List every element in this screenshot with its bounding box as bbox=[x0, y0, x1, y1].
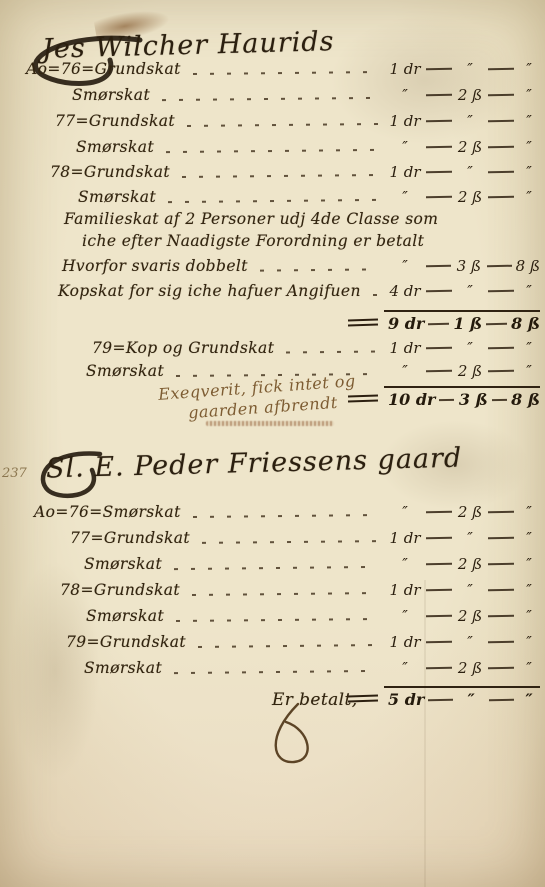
amount-dash bbox=[488, 511, 514, 514]
amount-value: ″ bbox=[518, 503, 540, 521]
amount-dash bbox=[426, 120, 452, 123]
sum-rule bbox=[384, 686, 540, 688]
ledger-row: 79=Kop og Grundskat1 dr″″ bbox=[0, 339, 545, 363]
ledger-row: Familieskat af 2 Personer udj 4de Classe… bbox=[0, 210, 545, 234]
leader-dots bbox=[174, 566, 378, 570]
ledger-row: Smørskat″2 ß″ bbox=[0, 607, 545, 631]
amount-value: ″ bbox=[518, 633, 540, 651]
amount-dash bbox=[426, 196, 452, 199]
amount-group: ″2 ß″ bbox=[388, 188, 540, 206]
row-label: 78=Grundskat bbox=[50, 163, 170, 181]
amount-dash bbox=[488, 667, 514, 670]
row-label: Ao=76=Grundskat bbox=[26, 60, 181, 78]
amount-value: 5 dr bbox=[388, 690, 424, 709]
amount-dash bbox=[487, 265, 512, 268]
amount-value: 4 dr bbox=[388, 282, 422, 300]
dash-stroke bbox=[348, 694, 378, 697]
amount-value: ″ bbox=[518, 138, 540, 156]
amount-dash bbox=[426, 94, 452, 97]
amount-group: ″2 ß″ bbox=[388, 607, 540, 625]
ledger-row: 78=Grundskat1 dr″″ bbox=[0, 163, 545, 187]
amount-dash bbox=[488, 537, 514, 540]
leader-dots bbox=[162, 97, 378, 101]
amount-value: 8 ß bbox=[511, 314, 540, 333]
row-label: Smørskat bbox=[86, 362, 164, 380]
ledger-row: Ao=76=Grundskat1 dr″″ bbox=[0, 60, 545, 84]
amount-value: 2 ß bbox=[456, 555, 484, 573]
amount-dash bbox=[488, 347, 514, 350]
amount-group: 5 dr″″ bbox=[388, 690, 540, 709]
amount-dash bbox=[488, 120, 514, 123]
amount-value: 2 ß bbox=[456, 188, 484, 206]
amount-value: 1 dr bbox=[388, 60, 422, 78]
amount-value: 2 ß bbox=[456, 659, 484, 677]
amount-dash bbox=[488, 146, 514, 149]
row-label: 78=Grundskat bbox=[60, 581, 180, 599]
amount-group: 1 dr″″ bbox=[388, 163, 540, 181]
ledger-row: 77=Grundskat1 dr″″ bbox=[0, 112, 545, 136]
row-label: Smørskat bbox=[86, 607, 164, 625]
amount-value: ″ bbox=[518, 163, 540, 181]
amount-dash bbox=[426, 511, 452, 514]
row-label: Smørskat bbox=[76, 138, 154, 156]
amount-value: 1 dr bbox=[388, 112, 422, 130]
ledger-row: Smørskat″2 ß″ bbox=[0, 86, 545, 110]
amount-value: ″ bbox=[518, 581, 540, 599]
amount-group: 1 dr″″ bbox=[388, 112, 540, 130]
leader-dots bbox=[286, 351, 378, 354]
amount-dash bbox=[426, 290, 452, 293]
amount-value: 8 ß bbox=[516, 257, 540, 275]
leader-dots bbox=[260, 268, 378, 271]
amount-dash bbox=[426, 615, 452, 618]
amount-group: 9 dr1 ß8 ß bbox=[388, 314, 540, 333]
leader-dots bbox=[193, 71, 378, 75]
amount-dash bbox=[426, 347, 452, 350]
leader-dots bbox=[193, 514, 378, 518]
archive-stamp bbox=[206, 421, 334, 426]
amount-value: ″ bbox=[518, 282, 540, 300]
amount-dash bbox=[426, 171, 452, 174]
leader-dots bbox=[166, 149, 378, 153]
amount-value: ″ bbox=[456, 282, 484, 300]
folio-number: 237 bbox=[2, 466, 27, 481]
amount-value: ″ bbox=[456, 60, 484, 78]
amount-dash bbox=[489, 698, 514, 701]
ledger-row: 77=Grundskat1 dr″″ bbox=[0, 529, 545, 553]
amount-value: ″ bbox=[518, 60, 540, 78]
amount-value: ″ bbox=[388, 607, 422, 625]
amount-group: ″2 ß″ bbox=[388, 362, 540, 380]
amount-group: 10 dr3 ß8 ß bbox=[388, 390, 540, 409]
amount-group: 1 dr″″ bbox=[388, 633, 540, 651]
leader-dots bbox=[373, 294, 378, 296]
row-label: Smørskat bbox=[84, 555, 162, 573]
amount-group: ″2 ß″ bbox=[388, 503, 540, 521]
amount-value: ″ bbox=[388, 257, 422, 275]
ledger-row: 79=Grundskat1 dr″″ bbox=[0, 633, 545, 657]
amount-value: ″ bbox=[518, 659, 540, 677]
double-dash-mark bbox=[348, 395, 378, 406]
amount-dash bbox=[426, 537, 452, 540]
amount-value: ″ bbox=[456, 339, 484, 357]
amount-value: ″ bbox=[456, 633, 484, 651]
amount-dash bbox=[426, 146, 452, 149]
amount-value: 2 ß bbox=[456, 503, 484, 521]
amount-value: ″ bbox=[388, 555, 422, 573]
ledger-row: Hvorfor svaris dobbelt″3 ß8 ß bbox=[0, 257, 545, 281]
ledger-row: Kopskat for sig iche hafuer Angifuen4 dr… bbox=[0, 282, 545, 306]
amount-value: ″ bbox=[518, 188, 540, 206]
amount-value: ″ bbox=[456, 581, 484, 599]
leader-dots bbox=[182, 174, 378, 178]
amount-dash bbox=[488, 641, 514, 644]
amount-dash bbox=[426, 68, 452, 71]
amount-value: ″ bbox=[388, 188, 422, 206]
row-label: Hvorfor svaris dobbelt bbox=[62, 257, 248, 275]
amount-group: ″2 ß″ bbox=[388, 86, 540, 104]
amount-value: ″ bbox=[388, 138, 422, 156]
amount-group: 1 dr″″ bbox=[388, 529, 540, 547]
manuscript-page: Jes Wilcher Haurids Ao=76=Grundskat1 dr″… bbox=[0, 0, 545, 887]
amount-value: 3 ß bbox=[455, 257, 483, 275]
amount-group: ″3 ß8 ß bbox=[388, 257, 540, 275]
amount-dash bbox=[426, 667, 452, 670]
amount-value: ″ bbox=[388, 362, 422, 380]
dash-stroke bbox=[348, 400, 378, 403]
amount-value: 3 ß bbox=[459, 390, 488, 409]
ledger-total-row: 9 dr1 ß8 ß bbox=[0, 314, 545, 338]
amount-dash bbox=[439, 398, 454, 400]
row-label: Kopskat for sig iche hafuer Angifuen bbox=[58, 282, 361, 300]
row-label: 79=Grundskat bbox=[66, 633, 186, 651]
amount-value: 2 ß bbox=[456, 86, 484, 104]
amount-value: ″ bbox=[518, 607, 540, 625]
amount-value: ″ bbox=[456, 163, 484, 181]
amount-value: 2 ß bbox=[456, 362, 484, 380]
amount-group: ″2 ß″ bbox=[388, 138, 540, 156]
double-dash-mark bbox=[348, 319, 378, 330]
leader-dots bbox=[174, 670, 378, 674]
amount-value: ″ bbox=[456, 112, 484, 130]
dash-stroke bbox=[348, 318, 378, 321]
amount-value: ″ bbox=[518, 86, 540, 104]
row-label: Familieskat af 2 Personer udj 4de Classe… bbox=[64, 210, 438, 228]
leader-dots bbox=[168, 199, 378, 203]
amount-value: ″ bbox=[456, 529, 484, 547]
amount-value: 1 dr bbox=[388, 163, 422, 181]
leader-dots bbox=[198, 644, 378, 648]
sum-rule bbox=[384, 310, 540, 312]
amount-value: ″ bbox=[518, 362, 540, 380]
row-label: 77=Grundskat bbox=[55, 112, 175, 130]
amount-dash bbox=[488, 171, 514, 174]
sum-rule bbox=[384, 386, 540, 388]
amount-value: 1 dr bbox=[388, 339, 422, 357]
leader-dots bbox=[187, 123, 378, 127]
double-dash-mark bbox=[348, 695, 378, 706]
amount-value: 1 dr bbox=[388, 581, 422, 599]
row-label: Smørskat bbox=[72, 86, 150, 104]
amount-group: 1 dr″″ bbox=[388, 339, 540, 357]
leader-dots bbox=[192, 592, 378, 596]
amount-group: 1 dr″″ bbox=[388, 581, 540, 599]
amount-dash bbox=[488, 68, 514, 71]
amount-dash bbox=[486, 322, 507, 324]
amount-value: ″ bbox=[518, 339, 540, 357]
amount-dash bbox=[488, 589, 514, 592]
signature-flourish bbox=[256, 700, 336, 772]
amount-dash bbox=[426, 641, 452, 644]
ledger-row: Smørskat″2 ß″ bbox=[0, 555, 545, 579]
dash-stroke bbox=[348, 324, 378, 327]
amount-value: ″ bbox=[518, 690, 540, 709]
amount-value: ″ bbox=[518, 529, 540, 547]
ledger-row: 78=Grundskat1 dr″″ bbox=[0, 581, 545, 605]
amount-group: 1 dr″″ bbox=[388, 60, 540, 78]
dash-stroke bbox=[348, 700, 378, 703]
amount-value: ″ bbox=[388, 659, 422, 677]
amount-value: 1 dr bbox=[388, 529, 422, 547]
amount-value: 10 dr bbox=[388, 390, 435, 409]
amount-dash bbox=[426, 589, 452, 592]
ledger-row: Smørskat″2 ß″ bbox=[0, 138, 545, 162]
amount-value: ″ bbox=[518, 555, 540, 573]
amount-group: ″2 ß″ bbox=[388, 659, 540, 677]
amount-value: ″ bbox=[388, 86, 422, 104]
row-label: Smørskat bbox=[78, 188, 156, 206]
amount-value: ″ bbox=[457, 690, 485, 709]
row-label: Smørskat bbox=[84, 659, 162, 677]
amount-value: 9 dr bbox=[388, 314, 424, 333]
amount-dash bbox=[488, 290, 514, 293]
row-label: iche efter Naadigste Forordning er betal… bbox=[82, 232, 424, 250]
amount-dash bbox=[426, 563, 452, 566]
amount-dash bbox=[426, 370, 452, 373]
amount-dash bbox=[428, 322, 449, 324]
amount-dash bbox=[428, 698, 453, 701]
row-label: 79=Kop og Grundskat bbox=[92, 339, 274, 357]
amount-value: 1 ß bbox=[453, 314, 482, 333]
amount-value: 8 ß bbox=[511, 390, 540, 409]
amount-dash bbox=[488, 196, 514, 199]
amount-group: ″2 ß″ bbox=[388, 555, 540, 573]
amount-dash bbox=[492, 398, 507, 400]
ledger-row: iche efter Naadigste Forordning er betal… bbox=[0, 232, 545, 256]
amount-value: 1 dr bbox=[388, 633, 422, 651]
amount-dash bbox=[426, 265, 451, 268]
row-label: 77=Grundskat bbox=[70, 529, 190, 547]
amount-dash bbox=[488, 94, 514, 97]
amount-group: 4 dr″″ bbox=[388, 282, 540, 300]
amount-dash bbox=[488, 563, 514, 566]
amount-value: 2 ß bbox=[456, 607, 484, 625]
dash-stroke bbox=[348, 394, 378, 397]
ledger-row: Smørskat″2 ß″ bbox=[0, 659, 545, 683]
amount-value: ″ bbox=[388, 503, 422, 521]
ledger-row: Smørskat″2 ß″ bbox=[0, 188, 545, 212]
leader-dots bbox=[176, 618, 378, 622]
amount-dash bbox=[488, 615, 514, 618]
amount-dash bbox=[488, 370, 514, 373]
amount-value: ″ bbox=[518, 112, 540, 130]
amount-value: 2 ß bbox=[456, 138, 484, 156]
leader-dots bbox=[202, 540, 378, 544]
